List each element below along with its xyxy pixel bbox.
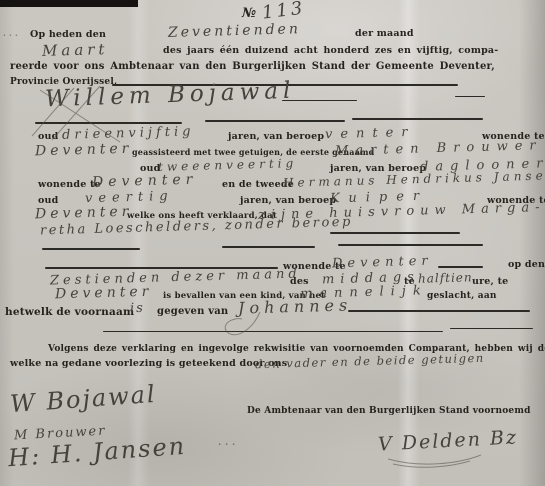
printed-op-den: op den	[508, 259, 545, 270]
blank-rule	[438, 266, 483, 268]
blank-rule	[42, 248, 140, 250]
middle-dots: . . .	[218, 437, 236, 448]
signature-comparant: W Bojawal	[9, 380, 157, 418]
hw-witness2-residence: Deventer	[35, 204, 133, 223]
hw-witness1-residence: Deventer	[92, 172, 198, 191]
birth-certificate-scan: № 113 · · · Op heden den Zeventienden de…	[0, 0, 545, 486]
scan-edge-mark	[0, 0, 138, 7]
hw-comparant-residence: Deventer	[35, 141, 133, 160]
printed-jaren-beroep-3: jaren, van beroep	[240, 195, 336, 206]
printed-jaren-beroep-1: jaren, van beroep	[228, 131, 324, 142]
blank-rule	[222, 246, 315, 248]
printed-gegeven-van: gegeven van	[157, 306, 228, 317]
printed-des: des	[290, 276, 309, 287]
printed-officer-line: reerde voor ons Ambtenaar van den Burger…	[10, 61, 495, 72]
blank-rule	[103, 331, 443, 332]
printed-oud-1: oud	[38, 131, 59, 142]
margin-dots: · · ·	[3, 30, 18, 40]
printed-oud-3: oud	[38, 195, 59, 206]
blank-rule	[205, 120, 345, 122]
hw-month: Maart	[42, 40, 109, 60]
printed-hetwelk: hetwelk de voornaam	[5, 306, 134, 318]
printed-ure-te: ure, te	[472, 276, 508, 287]
dash-right	[455, 96, 485, 97]
hw-child-name: Johannes	[238, 295, 353, 317]
blank-rule	[35, 122, 182, 124]
hw-day: Zeventienden	[168, 21, 301, 41]
dash-after-child-name	[348, 310, 530, 312]
printed-officer-title: De Ambtenaar van den Burgerlijken Stand …	[247, 406, 531, 416]
printed-closing-line2: welke na gedane voorlezing is geteekend …	[10, 358, 287, 369]
printed-der-maand: der maand	[355, 28, 414, 39]
hw-witness2-name: Hermanus Hendrikus Jansen	[283, 168, 545, 190]
hw-is: is	[130, 301, 145, 316]
blank-rule	[352, 118, 483, 120]
hw-witness1-name: Marten Brouwer	[335, 138, 543, 159]
signature-officer: V Delden Bz	[378, 426, 519, 455]
printed-op-heden-den: Op heden den	[30, 29, 106, 40]
blank-rule	[338, 244, 483, 246]
blank-rule	[450, 328, 533, 329]
hw-comparant-occupation: venter	[325, 125, 416, 143]
act-number-value: 113	[261, 0, 307, 24]
act-number-sign: №	[242, 6, 256, 21]
printed-year-line: des jaars één duizend acht honderd zes e…	[163, 45, 498, 56]
printed-geslacht-aan: geslacht, aan	[427, 291, 497, 301]
dash-after-mother	[330, 232, 460, 234]
hw-birth-place: Deventer	[55, 284, 153, 303]
